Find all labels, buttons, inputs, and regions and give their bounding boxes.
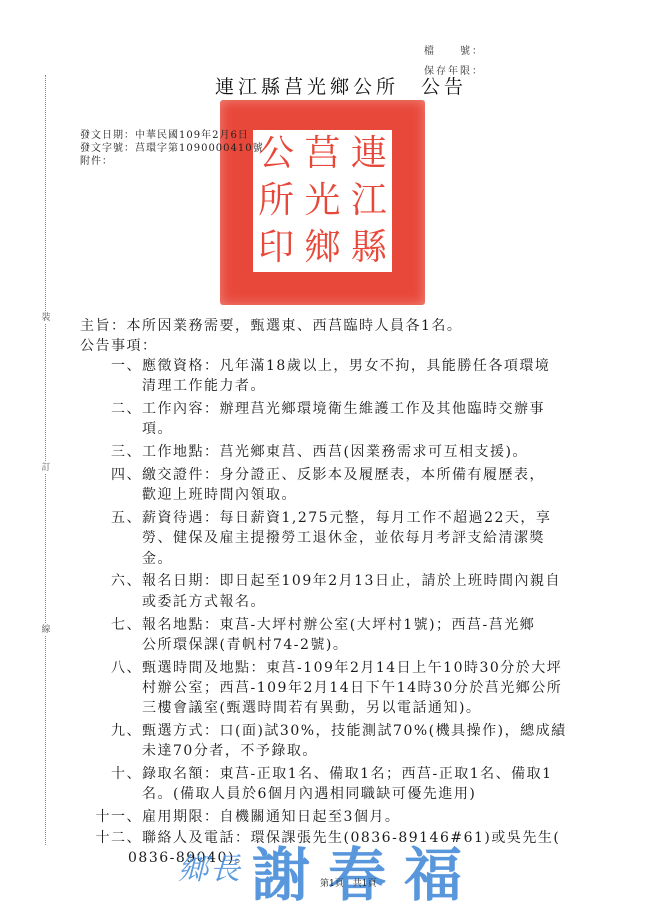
item-number: 十一、 <box>66 807 142 827</box>
seal-inner: 連 江 縣 莒 光 鄉 公 所 印 <box>253 130 392 272</box>
item-number: 一、 <box>80 356 142 397</box>
item-line: 公所環保課(青帆村74-2號)。 <box>142 635 625 655</box>
item-line: 應徵資格：凡年滿18歲以上，男女不拘，具能勝任各項環境 <box>142 356 625 376</box>
notice-item: 九、 甄選方式：口(面)試30%，技能測試70%(機具操作)，總成績 未達70分… <box>80 721 625 762</box>
item-line: 勞、健保及雇主提撥勞工退休金，並依每月考評支給清潔獎 <box>142 528 625 548</box>
item-number: 八、 <box>80 658 142 719</box>
notice-item: 三、 工作地點：莒光鄉東莒、西莒(因業務需求可互相支援)。 <box>80 442 625 462</box>
item-line: 繳交證件：身分證正、反影本及履歷表，本所備有履歷表， <box>142 465 625 485</box>
issue-info: 發文日期：中華民國109年2月6日 發文字號：莒環字第1090000410號 附… <box>80 129 264 168</box>
binding-line <box>45 75 46 845</box>
notice-item: 一、 應徵資格：凡年滿18歲以上，男女不拘，具能勝任各項環境 清理工作能力者。 <box>80 356 625 397</box>
seal-char: 江 <box>346 177 392 224</box>
item-number: 四、 <box>80 465 142 506</box>
item-line: 甄選方式：口(面)試30%，技能測試70%(機具操作)，總成績 <box>142 721 625 741</box>
item-number: 九、 <box>80 721 142 762</box>
item-line: 清理工作能力者。 <box>142 376 625 396</box>
item-number: 六、 <box>80 571 142 612</box>
notice-items: 一、 應徵資格：凡年滿18歲以上，男女不拘，具能勝任各項環境 清理工作能力者。 … <box>80 356 625 871</box>
item-line: 錄取名額：東莒-正取1名、備取1名；西莒-正取1名、備取1 <box>142 764 625 784</box>
issue-reference-number: 發文字號：莒環字第1090000410號 <box>80 142 264 155</box>
doc-type: 公告 <box>421 76 467 98</box>
page-number: 第1頁 共1頁 <box>320 876 376 889</box>
item-number: 二、 <box>80 399 142 440</box>
item-line: 三樓會議室(甄選時間若有異動，另以電話通知)。 <box>142 698 625 718</box>
item-line: 工作內容：辦理莒光鄉環境衛生維護工作及其他臨時交辦事 <box>142 399 625 419</box>
item-line: 報名地點：東莒-大坪村辦公室(大坪村1號)；西莒-莒光鄉 <box>142 615 625 635</box>
notice-item: 四、 繳交證件：身分證正、反影本及履歷表，本所備有履歷表， 歡迎上班時間內領取。 <box>80 465 625 506</box>
item-line: 工作地點：莒光鄉東莒、西莒(因業務需求可互相支援)。 <box>142 442 625 462</box>
subject: 主旨：本所因業務需要，甄選東、西莒臨時人員各1名。 <box>80 316 462 336</box>
issue-date: 發文日期：中華民國109年2月6日 <box>80 129 264 142</box>
seal-char: 縣 <box>346 225 392 272</box>
notice-item: 十、 錄取名額：東莒-正取1名、備取1名；西莒-正取1名、備取1 名。(備取人員… <box>80 764 625 805</box>
item-line: 項。 <box>142 419 625 439</box>
seal-char: 連 <box>346 130 392 177</box>
notice-item: 七、 報名地點：東莒-大坪村辦公室(大坪村1號)；西莒-莒光鄉 公所環保課(青帆… <box>80 615 625 656</box>
binding-char-xian: 線 <box>40 624 52 636</box>
item-line: 未達70分者，不予錄取。 <box>142 741 625 761</box>
seal-char: 鄉 <box>299 225 345 272</box>
notice-heading: 公告事項： <box>80 336 158 356</box>
document-title: 連江縣莒光鄉公所公告 <box>215 72 467 99</box>
file-number-label: 檔 號： <box>424 42 484 57</box>
item-line: 名。(備取人員於6個月內遇相同職缺可優先進用) <box>142 784 625 804</box>
notice-item: 八、 甄選時間及地點：東莒-109年2月14日上午10時30分於大坪 村辦公室；… <box>80 658 625 719</box>
notice-item: 六、 報名日期：即日起至109年2月13日止，請於上班時間內親自 或委託方式報名… <box>80 571 625 612</box>
item-line: 甄選時間及地點：東莒-109年2月14日上午10時30分於大坪 <box>142 658 625 678</box>
binding-char-zhuang: 裝 <box>40 312 52 324</box>
signature-title: 鄉長 <box>178 844 242 888</box>
item-line: 報名日期：即日起至109年2月13日止，請於上班時間內親自 <box>142 571 625 591</box>
item-line: 薪資待遇：每日薪資1,275元整，每月工作不超過22天，享 <box>142 508 625 528</box>
item-line: 歡迎上班時間內領取。 <box>142 485 625 505</box>
seal-char: 所 <box>253 177 299 224</box>
item-line: 村辦公室；西莒-109年2月14日下午14時30分於莒光鄉公所 <box>142 678 625 698</box>
item-number: 五、 <box>80 508 142 569</box>
signature-name: 謝春福 <box>252 828 480 912</box>
item-number: 三、 <box>80 442 142 462</box>
seal-char: 莒 <box>299 130 345 177</box>
binding-char-ding: 訂 <box>40 462 52 474</box>
attachment-label: 附件： <box>80 155 264 168</box>
item-line: 金。 <box>142 549 625 569</box>
item-line: 或委託方式報名。 <box>142 592 625 612</box>
item-number: 七、 <box>80 615 142 656</box>
org-name: 連江縣莒光鄉公所 <box>215 76 399 98</box>
seal-char: 光 <box>299 177 345 224</box>
item-number: 十、 <box>80 764 142 805</box>
seal-char: 印 <box>253 225 299 272</box>
notice-item: 二、 工作內容：辦理莒光鄉環境衛生維護工作及其他臨時交辦事 項。 <box>80 399 625 440</box>
notice-item: 五、 薪資待遇：每日薪資1,275元整，每月工作不超過22天，享 勞、健保及雇主… <box>80 508 625 569</box>
signature-stamp: 鄉長 謝春福 <box>172 822 462 902</box>
